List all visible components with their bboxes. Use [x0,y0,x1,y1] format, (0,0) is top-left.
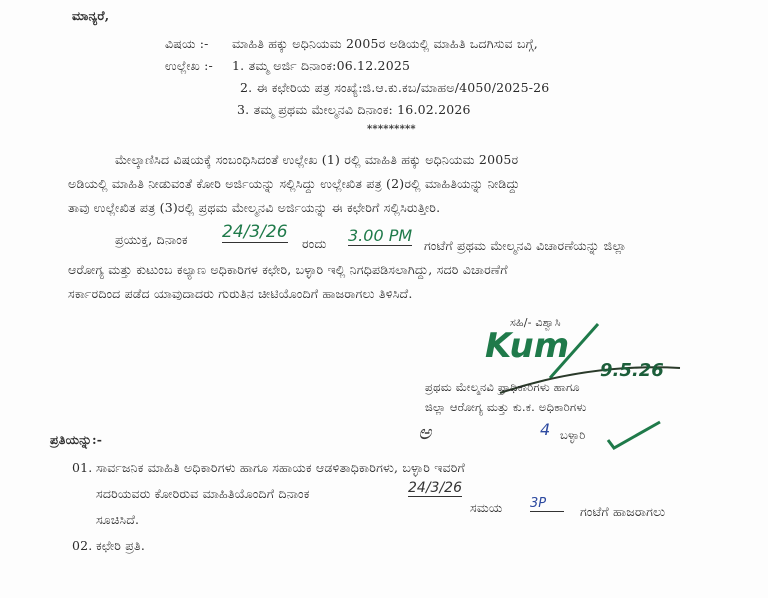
initial-mark-icon: ಅ [418,420,431,444]
body-line: ಅಡಿಯಲ್ಲಿ ಮಾಹಿತಿ ನೀಡುವಂತೆ ಕೋರಿ ಅರ್ಜಿಯನ್ನು… [68,176,520,192]
body-line: ಸರ್ಕಾರದಿಂದ ಪಡೆದ ಯಾವುದಾದರು ಗುರುತಿನ ಚೀಟಿಯೊ… [68,286,413,302]
reference-label: ಉಲ್ಲೇಖ :- [165,58,213,74]
separator: ********* [367,124,416,135]
checkmark-icon [600,418,670,454]
body-line: ಆರೋಗ್ಯ ಮತ್ತು ಕುಟುಂಬ ಕಲ್ಯಾಣ ಅಧಿಕಾರಿಗಳ ಕಛೇ… [68,262,508,278]
handwritten-signature-date: 9.5.26 [600,360,664,381]
subject-text: ಮಾಹಿತಿ ಹಕ್ಕು ಅಧಿನಿಯಮ 2005ರ ಅಡಿಯಲ್ಲಿ ಮಾಹಿ… [232,36,538,52]
designation-line: ಬಳ್ಳಾರಿ [560,428,586,443]
copy-item-line: ಗಂಟೆಗೆ ಹಾಜರಾಗಲು [580,504,665,520]
handwritten-copy-date: 24/3/26 [408,480,462,497]
copy-item-line: ಸಾರ್ವಜನಿಕ ಮಾಹಿತಿ ಅಧಿಕಾರಿಗಳು ಹಾಗೂ ಸಹಾಯಕ ಆ… [96,460,465,476]
body-line: ಮೇಲ್ಕಾಣಿಸಿದ ವಿಷಯಕ್ಕೆ ಸಂಬಂಧಿಸಿದಂತೆ ಉಲ್ಲೇಖ… [115,152,518,168]
body-line: ರಂದು [302,236,327,252]
copy-item-line: ಸದರಿಯವರು ಕೋರಿರುವ ಮಾಹಿತಿಯೊಂದಿಗೆ ದಿನಾಂಕ [96,486,310,502]
body-line: ತಾವು ಉಲ್ಲೇಖಿತ ಪತ್ರ (3)ರಲ್ಲಿ ಪ್ರಥಮ ಮೇಲ್ಮನ… [68,200,440,216]
copy-item-line: ಸೂಚಿಸಿದೆ. [96,512,139,528]
subject-label: ವಿಷಯ :- [165,36,209,52]
body-line: ಪ್ರಯುಕ್ತ, ದಿನಾಂಕ [115,232,188,248]
salutation: ಮಾನ್ಯರೆ, [72,8,109,24]
copy-item-number: 01. [72,460,92,475]
handwritten-hearing-date: 24/3/26 [222,222,288,243]
reference-item: 2. ಈ ಕಛೇರಿಯ ಪತ್ರ ಸಂಖ್ಯೆ:ಜಿ.ಆ.ಕು.ಕಬ/ಮಾಹಅ/… [240,80,549,96]
body-line: ಗಂಟೆಗೆ ಪ್ರಥಮ ಮೇಲ್ಮನವಿ ವಿಚಾರಣೆಯನ್ನು ಜಿಲ್ಲ… [424,238,627,254]
designation-line: ಜಿಲ್ಲಾ ಆರೋಗ್ಯ ಮತ್ತು ಕು.ಕ. ಅಧಿಕಾರಿಗಳು [425,400,586,415]
designation-line: ಪ್ರಥಮ ಮೇಲ್ಮನವಿ ಪ್ರಾಧಿಕಾರಿಗಳು ಹಾಗೂ [425,380,580,395]
copy-item-line: ಸಮಯ [470,500,503,516]
reference-item: 3. ತಮ್ಮ ಪ್ರಥಮ ಮೇಲ್ಮನವಿ ದಿನಾಂಕ: 16.02.202… [237,102,471,118]
copies-heading: ಪ್ರತಿಯನ್ನು:- [50,432,102,448]
handwritten-copy-time: 3P [530,496,564,512]
handwritten-hearing-time: 3.00 PM [348,226,412,246]
copy-item-line: ಕಛೇರಿ ಪ್ರತಿ. [96,538,145,554]
reference-item: 1. ತಮ್ಮ ಅರ್ಜಿ ದಿನಾಂಕ:06.12.2025 [232,58,410,74]
blue-mark: 4 [540,420,550,439]
document-page: ಮಾನ್ಯರೆ, ವಿಷಯ :- ಮಾಹಿತಿ ಹಕ್ಕು ಅಧಿನಿಯಮ 20… [0,0,768,598]
copy-item-number: 02. [72,538,92,553]
